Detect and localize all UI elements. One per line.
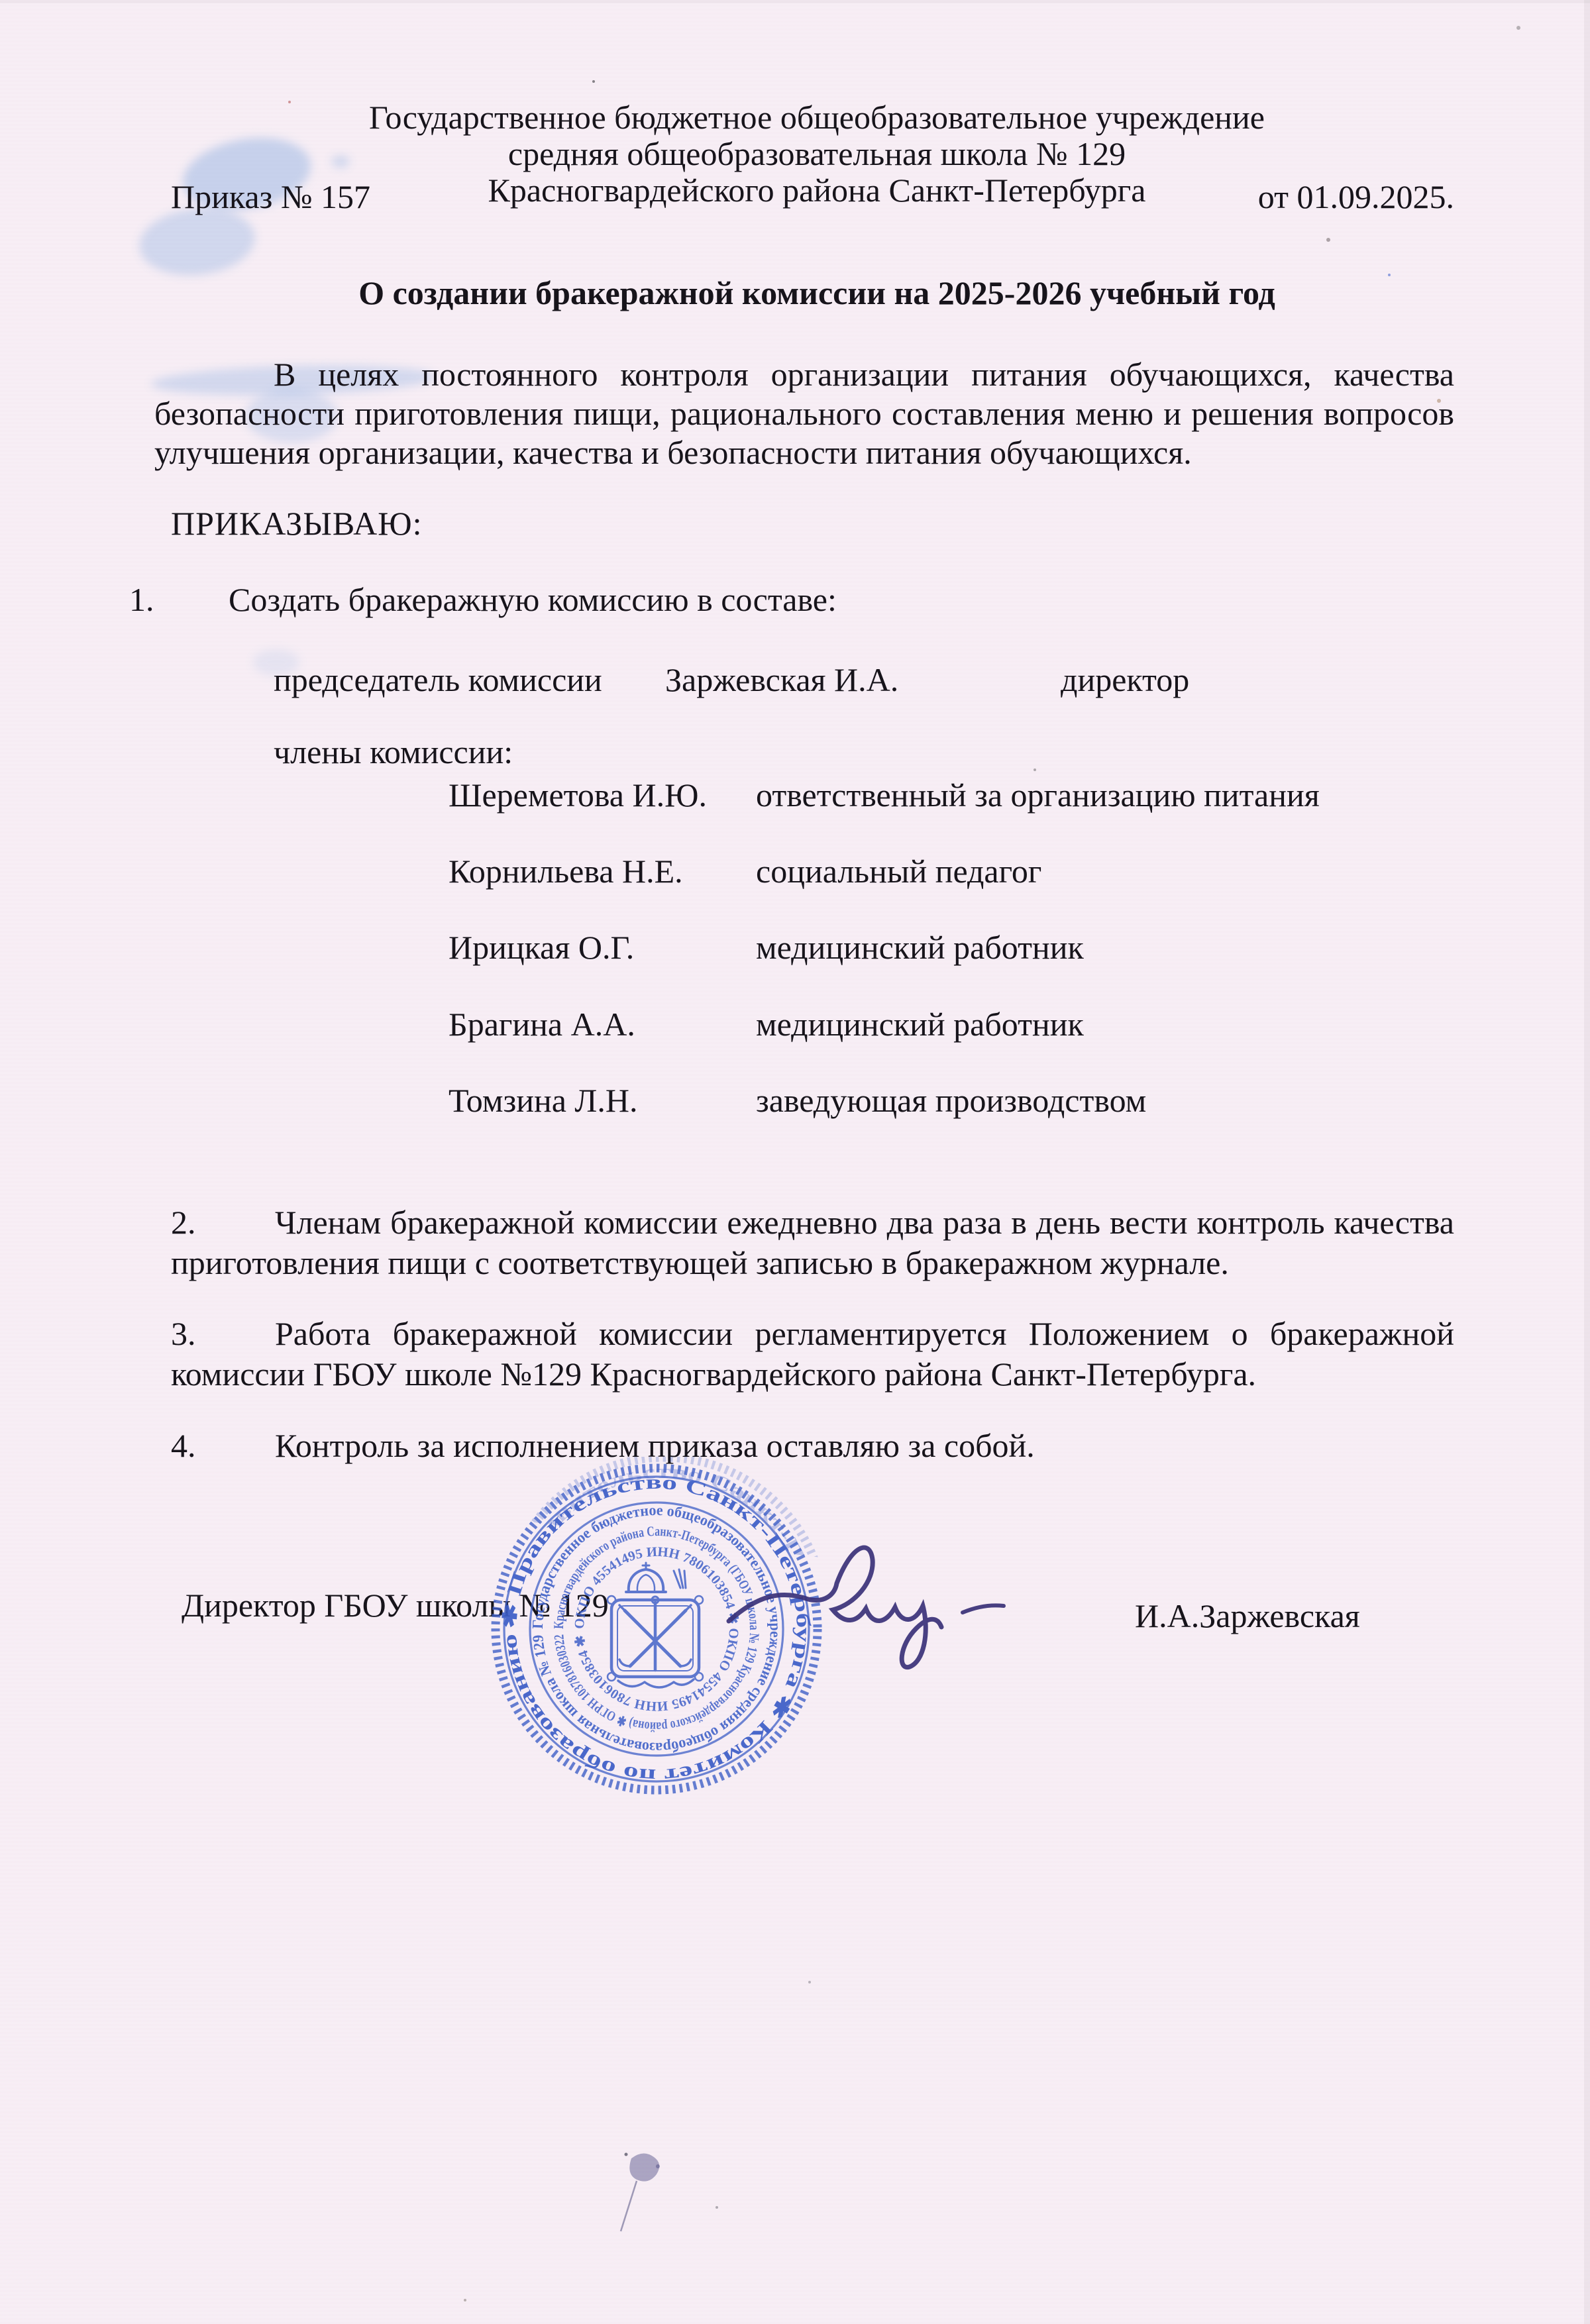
member-name: Корнильева Н.Е.: [449, 853, 683, 890]
member-position: заведующая производством: [756, 1083, 1146, 1119]
order-item-3: 3.Работа бракеражной комиссии регламенти…: [171, 1314, 1454, 1395]
item-3-number: 3.: [171, 1314, 275, 1354]
order-date: от 01.09.2025.: [1258, 179, 1454, 215]
chairman-role-label: председатель комиссии: [274, 662, 602, 698]
members-label: члены комиссии:: [274, 734, 513, 770]
spb-coat-of-arms-emblem: [608, 1563, 703, 1687]
member-name: Шереметова И.Ю.: [449, 777, 707, 814]
item-1-text: Создать бракеражную комиссию в составе:: [229, 582, 837, 618]
preamble-paragraph: В целях постоянного контроля организации…: [154, 355, 1454, 472]
org-name-line-2: средняя общеобразовательная школа № 129: [176, 136, 1457, 172]
order-title: О создании бракеражной комиссии на 2025-…: [176, 275, 1457, 311]
sceptre-icon: [652, 1597, 659, 1670]
ink-blot: [606, 2140, 725, 2252]
resolve-word: ПРИКАЗЫВАЮ:: [171, 505, 422, 542]
chairman-position: директор: [1061, 662, 1189, 698]
member-name: Брагина А.А.: [449, 1006, 635, 1043]
member-name: Томзина Л.Н.: [449, 1083, 637, 1119]
item-2-number: 2.: [171, 1202, 275, 1243]
scan-edge-shadow-right: [1584, 0, 1590, 2324]
order-number: Приказ № 157: [171, 179, 370, 215]
item-1-number: 1.: [129, 582, 154, 618]
item-3-text: Работа бракеражной комиссии регламентиру…: [171, 1315, 1454, 1393]
org-name-line-1: Государственное бюджетное общеобразовате…: [176, 99, 1457, 136]
scan-edge-shadow-top: [0, 0, 1590, 3]
order-item-2: 2.Членам бракеражной комиссии ежедневно …: [171, 1202, 1454, 1283]
scanned-order-page: Государственное бюджетное общеобразовате…: [0, 0, 1590, 2324]
director-signature-ink: [719, 1532, 1037, 1711]
member-name: Ирицкая О.Г.: [449, 929, 634, 966]
chairman-name: Заржевская И.А.: [665, 662, 898, 698]
member-position: социальный педагог: [756, 853, 1041, 890]
member-position: медицинский работник: [756, 1006, 1084, 1043]
item-4-number: 4.: [171, 1428, 196, 1464]
member-position: медицинский работник: [756, 929, 1084, 966]
paper-specks: [592, 80, 595, 83]
item-2-text: Членам бракеражной комиссии ежедневно дв…: [171, 1204, 1454, 1281]
crown-icon: [626, 1563, 666, 1592]
plume-icon: [674, 1569, 686, 1588]
member-position: ответственный за организацию питания: [756, 777, 1320, 814]
signer-name: И.А.Заржевская: [1135, 1598, 1360, 1634]
